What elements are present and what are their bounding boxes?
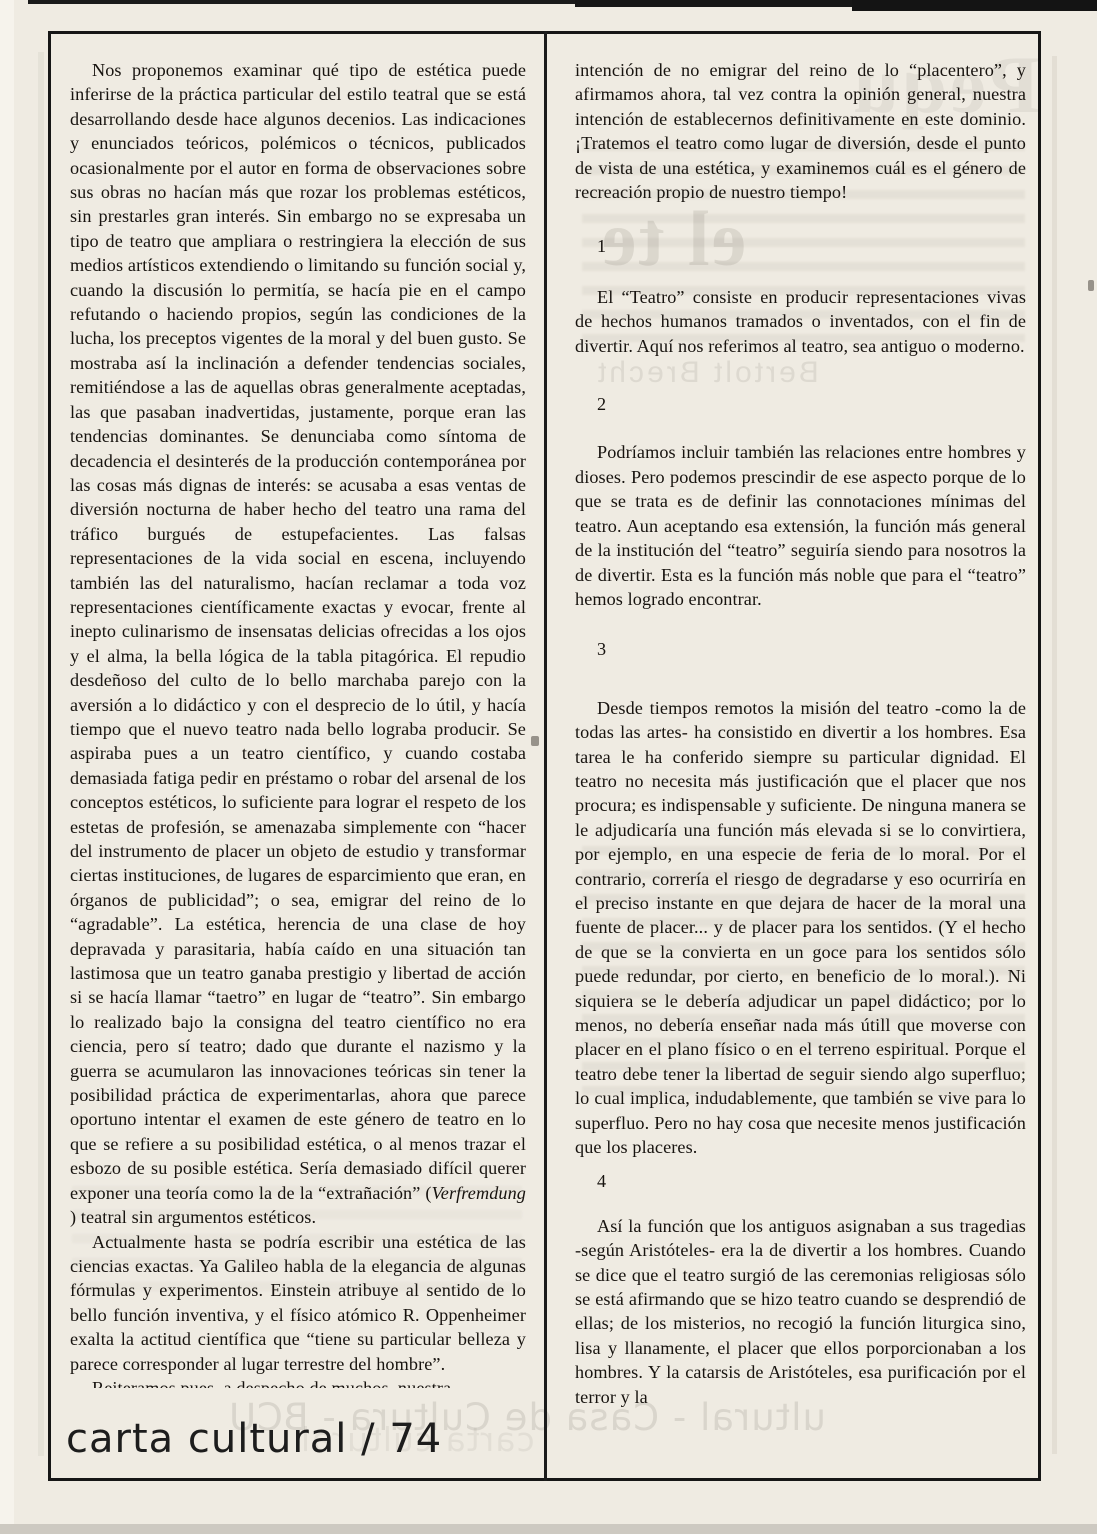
paragraph: intención de no emigrar del reino de lo … <box>575 58 1026 204</box>
paragraph: Reiteramos pues, a despecho de muchos, n… <box>70 1376 526 1388</box>
paragraph-text: Nos proponemos examinar qué tipo de esté… <box>70 60 526 1203</box>
section-number: 3 <box>575 637 1026 661</box>
section-number: 4 <box>575 1169 1026 1193</box>
paragraph: Nos proponemos examinar qué tipo de esté… <box>70 58 526 1230</box>
scan-speck <box>531 736 539 746</box>
section-number: 1 <box>575 234 1026 258</box>
paragraph: El “Teatro” consiste en producir represe… <box>575 285 1026 358</box>
footer-imprint: carta cultural / 74 <box>66 1416 442 1462</box>
paragraph-text: ) teatral sin argumentos estéticos. <box>70 1207 316 1227</box>
paragraph: Así la función que los antiguos asignaba… <box>575 1214 1026 1409</box>
scan-edge-bottom-band <box>0 1524 1097 1534</box>
scan-edge-top-bar <box>852 0 1097 11</box>
section-number: 2 <box>575 392 1026 416</box>
italic-term: Verfremdung <box>432 1183 526 1203</box>
bleedthrough-frame-rule <box>1052 56 1057 1454</box>
scan-speck <box>1088 280 1094 291</box>
left-text-column: Nos proponemos examinar qué tipo de esté… <box>70 58 526 1388</box>
paragraph: Podríamos incluir también las relaciones… <box>575 440 1026 611</box>
bleedthrough-frame-rule <box>38 52 44 1456</box>
paragraph: Desde tiempos remotos la misión del teat… <box>575 696 1026 1160</box>
page-edge <box>0 0 14 1534</box>
column-divider-rule <box>544 31 547 1481</box>
right-text-column: intención de no emigrar del reino de lo … <box>575 58 1026 1458</box>
paragraph: Actualmente hasta se podría escribir una… <box>70 1230 526 1376</box>
